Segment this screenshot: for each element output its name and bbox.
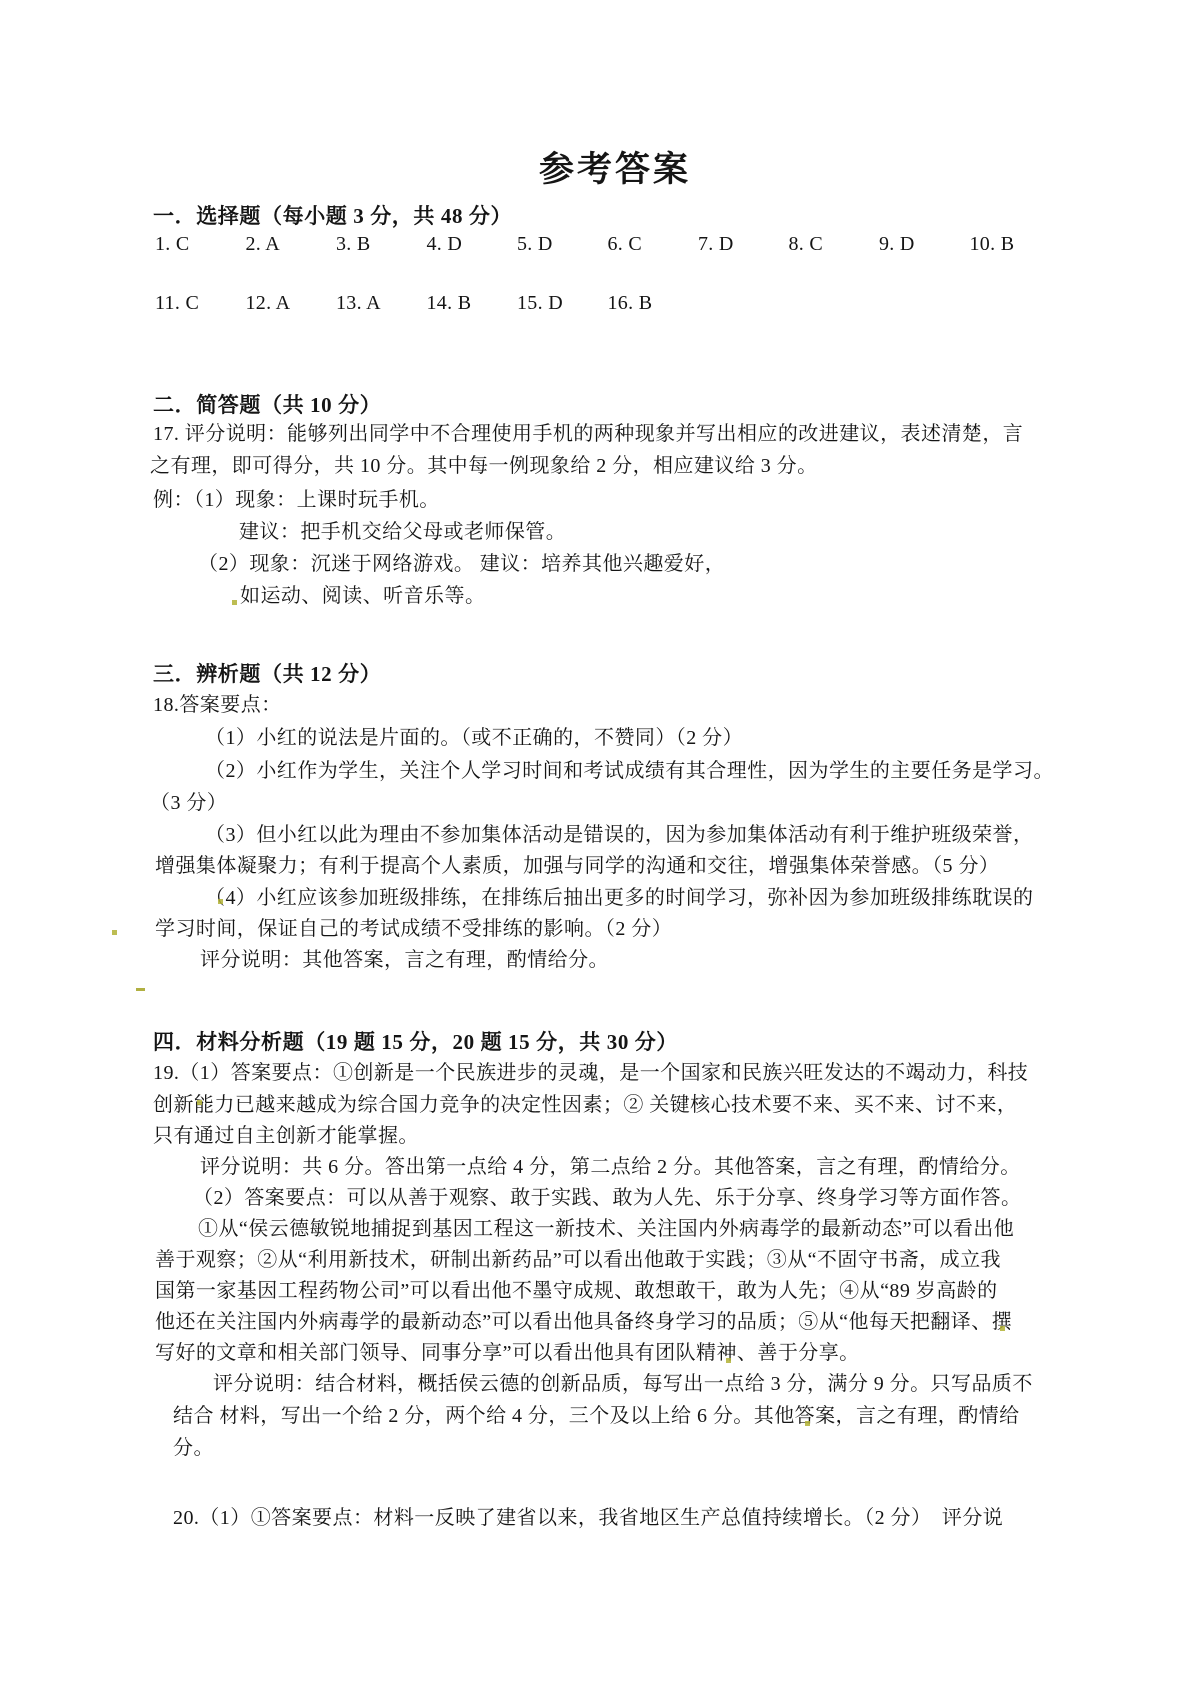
material-line: 结合 材料，写出一个给 2 分，两个给 4 分，三个及以上给 6 分。其他答案，…	[173, 1404, 1020, 1428]
choice-answer: 1. C	[155, 233, 246, 256]
choice-answer: 3. B	[336, 233, 427, 256]
analysis-line: （4）小红应该参加班级排练，在排练后抽出更多的时间学习，弥补因为参加班级排练耽误…	[205, 886, 1033, 910]
analysis-line: （1）小红的说法是片面的。（或不正确的，不赞同）（2 分）	[205, 726, 743, 750]
analysis-line: （3）但小红以此为理由不参加集体活动是错误的，因为参加集体活动有利于维护班级荣誉…	[205, 823, 1033, 847]
material-line: ①从“侯云德敏锐地捕捉到基因工程这一新技术、关注国内外病毒学的最新动态”可以看出…	[198, 1217, 1014, 1241]
short-answer-line: 17. 评分说明：能够列出同学中不合理使用手机的两种现象并写出相应的改进建议，表…	[153, 422, 1023, 446]
choice-answer: 11. C	[155, 292, 246, 315]
choice-answer: 13. A	[336, 292, 427, 315]
scan-artifact-dot	[112, 930, 117, 935]
section-heading-material: 四．材料分析题（19 题 15 分，20 题 15 分，共 30 分）	[153, 1026, 678, 1056]
analysis-line: （2）小红作为学生，关注个人学习时间和考试成绩有其合理性，因为学生的主要任务是学…	[205, 759, 1054, 783]
material-line: 评分说明：结合材料，概括侯云德的创新品质，每写出一点给 3 分，满分 9 分。只…	[213, 1372, 1033, 1396]
choice-answer: 10. B	[970, 233, 1061, 256]
scan-artifact-dot	[805, 1421, 810, 1426]
material-line: 他还在关注国内外病毒学的最新动态”可以看出他具备终身学习的品质；⑤从“他每天把翻…	[155, 1310, 1012, 1334]
scan-artifact-dash	[136, 988, 145, 991]
short-answer-line: 之有理，即可得分，共 10 分。其中每一例现象给 2 分，相应建议给 3 分。	[150, 454, 818, 478]
choice-answers-row-1: 1. C 2. A 3. B 4. D 5. D 6. C 7. D 8. C …	[155, 233, 1060, 256]
scan-artifact-dot	[232, 600, 237, 605]
choice-answer: 6. C	[608, 233, 699, 256]
material-line: 创新能力已越来越成为综合国力竞争的决定性因素；② 关键核心技术要不来、买不来、讨…	[153, 1093, 1017, 1117]
choice-answer: 12. A	[246, 292, 337, 315]
analysis-line: 学习时间，保证自己的考试成绩不受排练的影响。（2 分）	[155, 917, 672, 941]
analysis-line: 18.答案要点：	[153, 693, 282, 717]
material-line: 国第一家基因工程药物公司”可以看出他不墨守成规、敢想敢干，敢为人先；④从“89 …	[155, 1279, 998, 1303]
material-line: 19.（1）答案要点：①创新是一个民族进步的灵魂，是一个国家和民族兴旺发达的不竭…	[153, 1061, 1028, 1085]
material-line: 评分说明：共 6 分。答出第一点给 4 分，第二点给 2 分。其他答案，言之有理…	[200, 1155, 1021, 1179]
choice-answer: 9. D	[879, 233, 970, 256]
choice-answer: 8. C	[789, 233, 880, 256]
section-heading-analysis: 三．辨析题（共 12 分）	[153, 658, 381, 688]
short-answer-line: 建议：把手机交给父母或老师保管。	[239, 520, 566, 544]
analysis-line: 评分说明：其他答案，言之有理，酌情给分。	[200, 948, 609, 972]
answer-key-page: 参考答案 一．选择题（每小题 3 分，共 48 分） 1. C 2. A 3. …	[0, 0, 1200, 1696]
choice-answer: 15. D	[517, 292, 608, 315]
analysis-line: （3 分）	[150, 791, 227, 815]
choice-answer: 7. D	[698, 233, 789, 256]
choice-answers-row-2: 11. C 12. A 13. A 14. B 15. D 16. B	[155, 292, 698, 315]
scan-artifact-dot	[218, 899, 223, 904]
choice-answer: 2. A	[246, 233, 337, 256]
scan-artifact-dot	[1000, 1326, 1005, 1331]
short-answer-line: 例：（1）现象：上课时玩手机。	[153, 488, 440, 512]
material-line: （2）答案要点：可以从善于观察、敢于实践、敢为人先、乐于分享、终身学习等方面作答…	[193, 1186, 1021, 1210]
section-heading-choice: 一．选择题（每小题 3 分，共 48 分）	[153, 200, 512, 230]
page-title: 参考答案	[0, 142, 1200, 192]
section-heading-short-answer: 二．简答题（共 10 分）	[153, 389, 381, 419]
material-line: 只有通过自主创新才能掌握。	[153, 1124, 419, 1148]
short-answer-line: （2）现象：沉迷于网络游戏。 建议：培养其他兴趣爱好，	[198, 552, 725, 576]
choice-answer: 5. D	[517, 233, 608, 256]
choice-answer: 16. B	[608, 292, 699, 315]
choice-answer: 14. B	[427, 292, 518, 315]
material-line: 分。	[173, 1436, 214, 1460]
scan-artifact-dot	[197, 1100, 202, 1105]
analysis-line: 增强集体凝聚力；有利于提高个人素质，加强与同学的沟通和交往，增强集体荣誉感。（5…	[155, 854, 999, 878]
material-line: 善于观察；②从“利用新技术，研制出新药品”可以看出他敢于实践；③从“不固守书斋，…	[155, 1248, 1001, 1272]
choice-answer: 4. D	[427, 233, 518, 256]
scan-artifact-dot	[726, 1358, 731, 1363]
material-line: 20.（1）①答案要点：材料一反映了建省以来，我省地区生产总值持续增长。（2 分…	[173, 1506, 1003, 1530]
short-answer-line: 如运动、阅读、听音乐等。	[240, 584, 485, 608]
material-line: 写好的文章和相关部门领导、同事分享”可以看出他具有团队精神、善于分享。	[155, 1341, 860, 1365]
